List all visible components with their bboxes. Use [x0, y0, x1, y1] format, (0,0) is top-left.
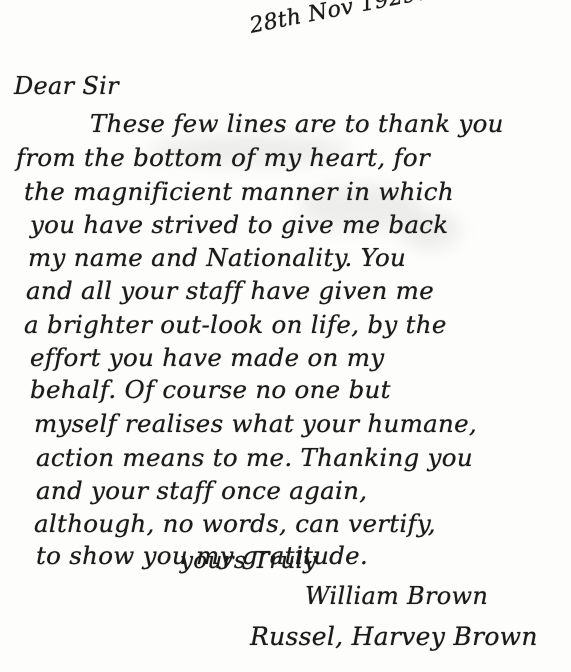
body-line: These few lines are to thank you — [90, 112, 504, 137]
body-line: and all your staff have given me — [26, 279, 434, 304]
letter-date: 28th Nov 1929. — [248, 0, 427, 39]
body-line: and your staff once again, — [36, 479, 367, 504]
closing: yours Truly — [180, 548, 317, 574]
body-line: myself realises what your humane, — [34, 412, 477, 437]
body-line: although, no words, can vertify, — [34, 512, 436, 537]
body-line: behalf. Of course no one but — [30, 378, 391, 403]
body-line: a brighter out-look on life, by the — [24, 313, 447, 338]
signature-russel-harvey-brown: Russel, Harvey Brown — [250, 622, 538, 651]
body-line: you have strived to give me back — [30, 213, 448, 238]
salutation: Dear Sir — [14, 72, 119, 100]
signature-william-brown: William Brown — [305, 582, 488, 610]
handwritten-letter: 28th Nov 1929. Dear Sir These few lines … — [0, 0, 571, 672]
body-line: my name and Nationality. You — [28, 246, 406, 271]
body-line: effort you have made on my — [30, 346, 384, 371]
body-line: the magnificient manner in which — [24, 180, 454, 205]
body-line: action means to me. Thanking you — [36, 446, 473, 471]
body-line: from the bottom of my heart, for — [16, 146, 430, 171]
